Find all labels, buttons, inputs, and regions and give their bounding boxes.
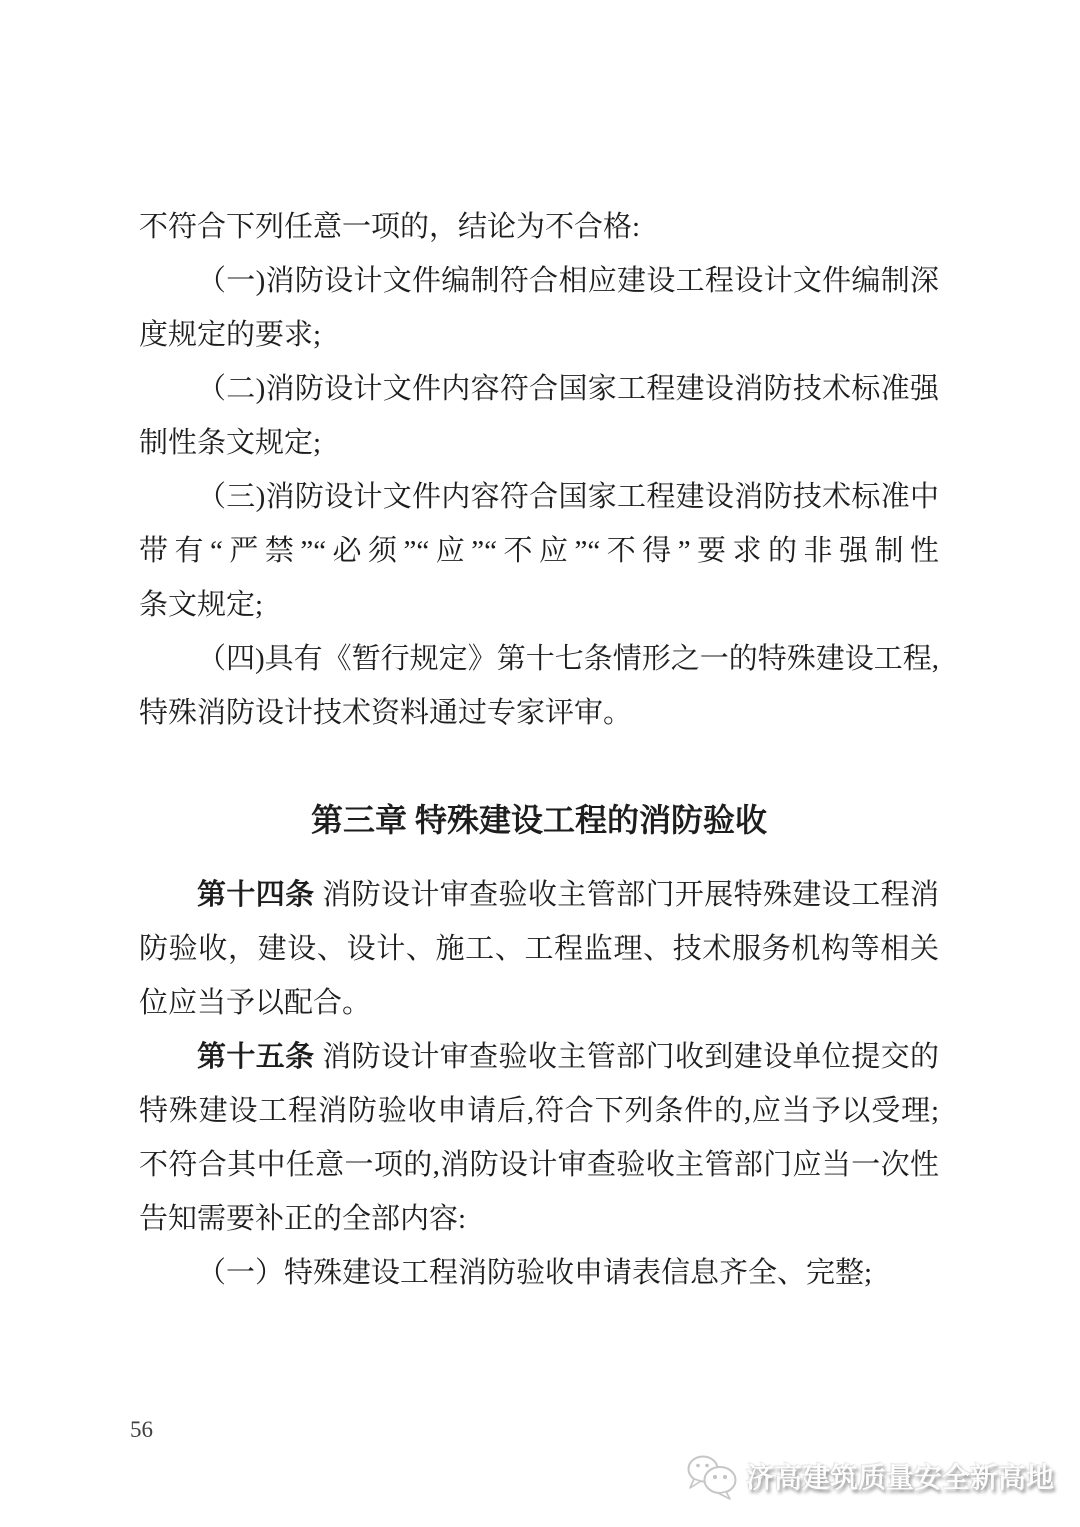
clause-list-continued: 不符合下列任意一项的，结论为不合格:（一)消防设计文件编制符合相应建设工程设计文… xyxy=(139,200,939,740)
wechat-icon xyxy=(686,1452,738,1500)
text-line: 防验收，建设、设计、施工、工程监理、技术服务机构等相关单 xyxy=(139,922,939,976)
text-line: （一）特殊建设工程消防验收申请表信息齐全、完整; xyxy=(139,1246,939,1300)
text-line: （二)消防设计文件内容符合国家工程建设消防技术标准强 xyxy=(139,362,939,416)
text-line: 特殊建设工程消防验收申请后,符合下列条件的,应当予以受理; xyxy=(139,1084,939,1138)
text-line: 度规定的要求; xyxy=(139,308,939,362)
document-page: 不符合下列任意一项的，结论为不合格:（一)消防设计文件编制符合相应建设工程设计文… xyxy=(0,0,1080,1527)
text-line: 告知需要补正的全部内容: xyxy=(139,1192,939,1246)
text-line: （四)具有《暂行规定》第十七条情形之一的特殊建设工程, xyxy=(139,632,939,686)
text-line: 第十五条 消防设计审查验收主管部门收到建设单位提交的 xyxy=(139,1030,939,1084)
article-number: 第十四条 xyxy=(197,879,315,911)
text-line: （一)消防设计文件编制符合相应建设工程设计文件编制深 xyxy=(139,254,939,308)
text-line: （三)消防设计文件内容符合国家工程建设消防技术标准中 xyxy=(139,470,939,524)
watermark: 济高建筑质量安全新高地 xyxy=(686,1450,1054,1502)
text-line: 制性条文规定; xyxy=(139,416,939,470)
document-content: 不符合下列任意一项的，结论为不合格:（一)消防设计文件编制符合相应建设工程设计文… xyxy=(139,200,939,1300)
text-line: 位应当予以配合。 xyxy=(139,976,939,1030)
text-line: 不符合下列任意一项的，结论为不合格: xyxy=(139,200,939,254)
chapter-heading: 第三章 特殊建设工程的消防验收 xyxy=(139,792,939,848)
chapter-body: 第十四条 消防设计审查验收主管部门开展特殊建设工程消防验收，建设、设计、施工、工… xyxy=(139,868,939,1300)
text-line: 第十四条 消防设计审查验收主管部门开展特殊建设工程消 xyxy=(139,868,939,922)
page-number: 56 xyxy=(130,1417,153,1443)
text-line: 带有“严禁”“必须”“应”“不应”“不得”要求的非强制性 xyxy=(139,524,939,578)
text-line: 特殊消防设计技术资料通过专家评审。 xyxy=(139,686,939,740)
text-line: 条文规定; xyxy=(139,578,939,632)
article-number: 第十五条 xyxy=(197,1041,315,1073)
watermark-text: 济高建筑质量安全新高地 xyxy=(746,1456,1054,1496)
text-line: 不符合其中任意一项的,消防设计审查验收主管部门应当一次性 xyxy=(139,1138,939,1192)
